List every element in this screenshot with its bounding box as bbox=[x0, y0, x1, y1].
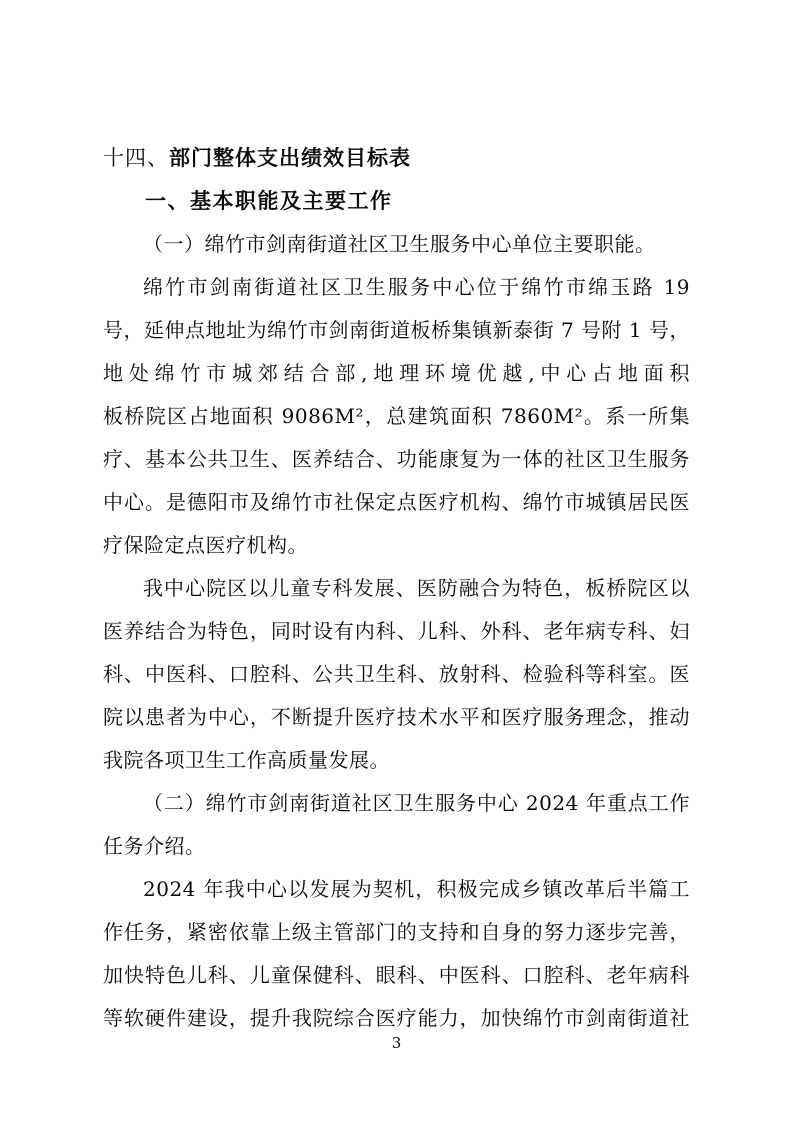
text-line: （二）绵竹市剑南街道社区卫生服务中心 2024 年重点工作 bbox=[103, 782, 690, 825]
text-line: 医养结合为特色，同时设有内科、儿科、外科、老年病专科、妇 bbox=[103, 610, 690, 653]
text-line: 地处绵竹市城郊结合部,地理环境优越,中心占地面积 4846.83M², bbox=[103, 352, 690, 395]
text-line: 任务介绍。 bbox=[103, 825, 690, 868]
text-line: 中心。是德阳市及绵竹市社保定点医疗机构、绵竹市城镇居民医 bbox=[103, 481, 690, 524]
chapter-heading-number: 十四、 bbox=[103, 146, 169, 170]
text-line: 加快特色儿科、儿童保健科、眼科、中医科、口腔科、老年病科 bbox=[103, 954, 690, 997]
chapter-heading-title: 部门整体支出绩效目标表 bbox=[169, 146, 411, 170]
text-line: 我院各项卫生工作高质量发展。 bbox=[103, 739, 690, 782]
text-line: 绵竹市剑南街道社区卫生服务中心位于绵竹市绵玉路 19 bbox=[103, 266, 690, 309]
text-line: 疗、基本公共卫生、医养结合、功能康复为一体的社区卫生服务 bbox=[103, 438, 690, 481]
text-line: 号，延伸点地址为绵竹市剑南街道板桥集镇新泰街 7 号附 1 号， bbox=[103, 309, 690, 352]
document-page: 十四、部门整体支出绩效目标表 一、基本职能及主要工作 （一）绵竹市剑南街道社区卫… bbox=[0, 0, 793, 1122]
section-heading: 一、基本职能及主要工作 bbox=[145, 180, 690, 223]
text-line: 我中心院区以儿童专科发展、医防融合为特色，板桥院区以 bbox=[103, 567, 690, 610]
text-line: 板桥院区占地面积 9086M²，总建筑面积 7860M²。系一所集基本医 bbox=[103, 395, 690, 438]
text-line: （一）绵竹市剑南街道社区卫生服务中心单位主要职能。 bbox=[103, 223, 690, 266]
text-line: 2024 年我中心以发展为契机，积极完成乡镇改革后半篇工 bbox=[103, 868, 690, 911]
text-line: 作任务，紧密依靠上级主管部门的支持和自身的努力逐步完善， bbox=[103, 911, 690, 954]
page-number: 3 bbox=[0, 1030, 793, 1056]
text-line: 疗保险定点医疗机构。 bbox=[103, 524, 690, 567]
text-line: 院以患者为中心，不断提升医疗技术水平和医疗服务理念，推动 bbox=[103, 696, 690, 739]
chapter-heading: 十四、部门整体支出绩效目标表 bbox=[103, 137, 690, 180]
text-line: 科、中医科、口腔科、公共卫生科、放射科、检验科等科室。医 bbox=[103, 653, 690, 696]
